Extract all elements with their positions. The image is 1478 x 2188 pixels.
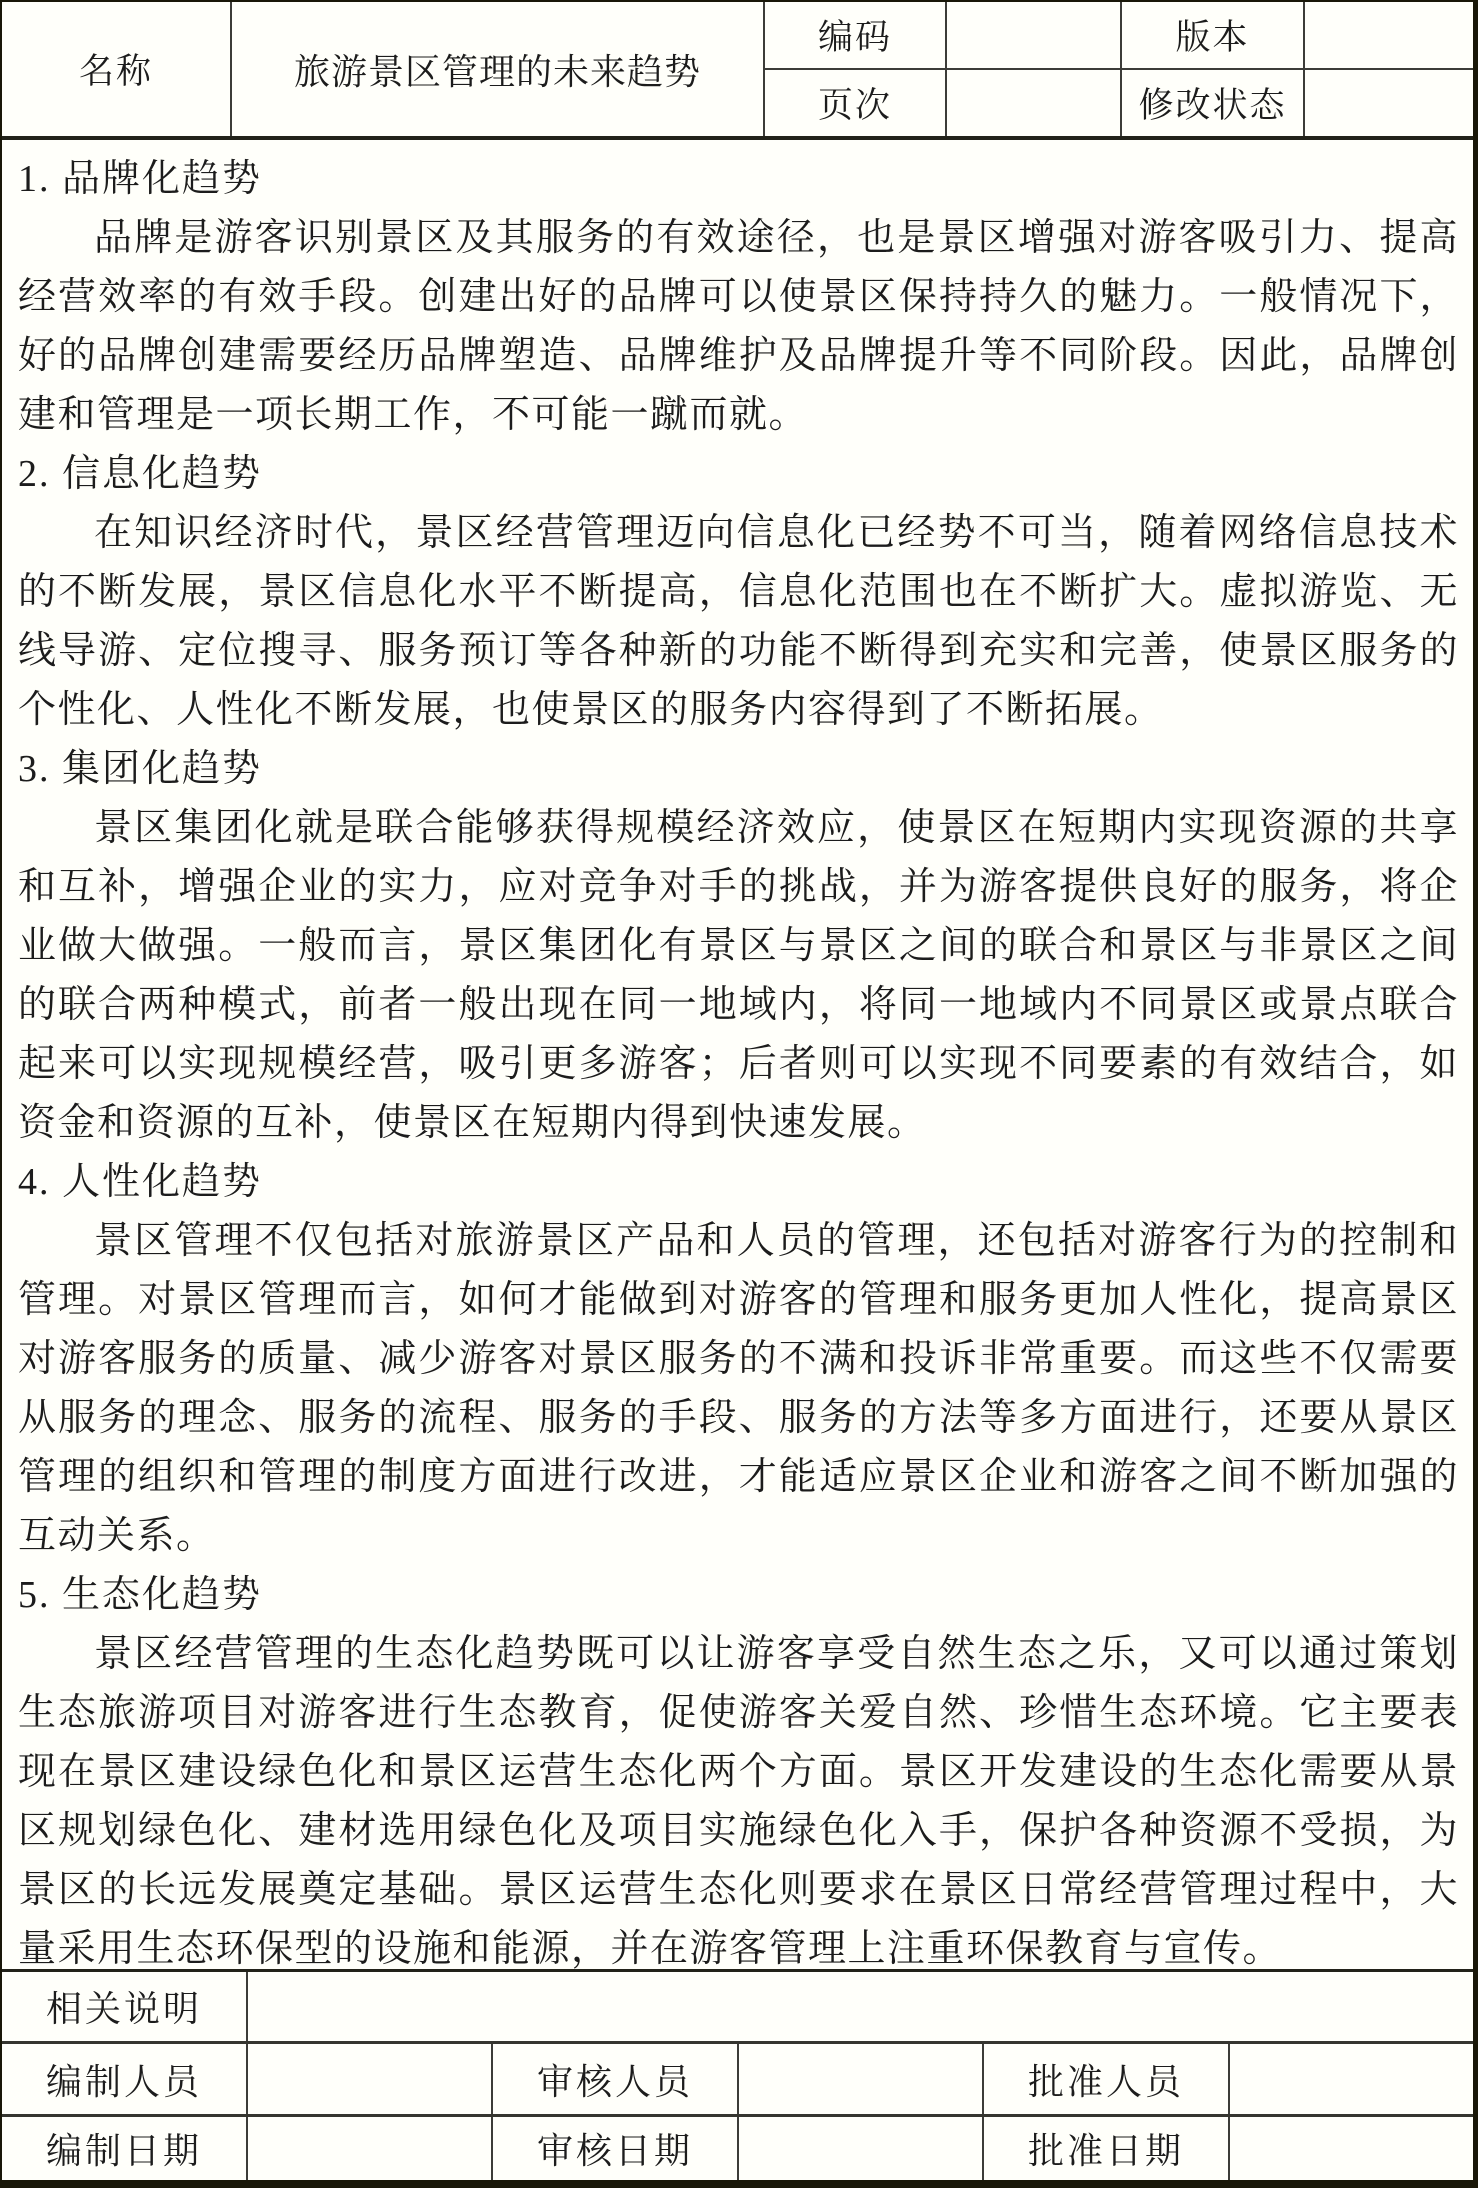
header-table: 名称 旅游景区管理的未来趋势 编码 版本 页次 修改状态 <box>2 2 1473 140</box>
section-ecologization: 5. 生态化趋势 景区经营管理的生态化趋势既可以让游客享受自然生态之乐，又可以通… <box>18 1566 1459 1969</box>
section-grouping: 3. 集团化趋势 景区集团化就是联合能够获得规模经济效应，使景区在短期内实现资源… <box>18 740 1459 1153</box>
dates-row: 编制日期 审核日期 批准日期 <box>2 2114 1473 2180</box>
related-notes-row: 相关说明 <box>2 1972 1473 2041</box>
revision-status-value-cell <box>1305 70 1473 136</box>
section-paragraph: 景区管理不仅包括对旅游景区产品和人员的管理，还包括对游客行为的控制和管理。对景区… <box>18 1212 1459 1566</box>
approver-label: 批准人员 <box>984 2044 1230 2114</box>
related-notes-value-cell <box>248 1972 1473 2041</box>
prepare-date-value-cell <box>248 2117 493 2180</box>
section-informatization: 2. 信息化趋势 在知识经济时代，景区经营管理迈向信息化已经势不可当，随着网络信… <box>18 445 1459 740</box>
section-heading: 2. 信息化趋势 <box>18 445 1459 504</box>
reviewer-label: 审核人员 <box>493 2044 739 2114</box>
name-label: 名称 <box>2 2 232 136</box>
section-heading: 3. 集团化趋势 <box>18 740 1459 799</box>
section-humanization: 4. 人性化趋势 景区管理不仅包括对旅游景区产品和人员的管理，还包括对游客行为的… <box>18 1153 1459 1566</box>
footer-table: 相关说明 编制人员 审核人员 批准人员 编制日期 审核日期 批准日期 <box>2 1969 1473 2180</box>
section-paragraph: 景区集团化就是联合能够获得规模经济效应，使景区在短期内实现资源的共享和互补，增强… <box>18 799 1459 1153</box>
page-number-value-cell <box>947 70 1122 136</box>
related-notes-label: 相关说明 <box>2 1972 248 2041</box>
review-date-label: 审核日期 <box>493 2117 739 2180</box>
version-label: 版本 <box>1122 2 1305 70</box>
approver-value-cell <box>1230 2044 1473 2114</box>
prepare-date-label: 编制日期 <box>2 2117 248 2180</box>
code-value-cell <box>947 2 1122 70</box>
preparer-value-cell <box>248 2044 493 2114</box>
version-value-cell <box>1305 2 1473 70</box>
approve-date-label: 批准日期 <box>984 2117 1230 2180</box>
section-heading: 4. 人性化趋势 <box>18 1153 1459 1212</box>
approve-date-value-cell <box>1230 2117 1473 2180</box>
section-paragraph: 景区经营管理的生态化趋势既可以让游客享受自然生态之乐，又可以通过策划生态旅游项目… <box>18 1625 1459 1969</box>
document-body: 1. 品牌化趋势 品牌是游客识别景区及其服务的有效途径，也是景区增强对游客吸引力… <box>2 140 1473 1969</box>
document-title: 旅游景区管理的未来趋势 <box>232 2 765 136</box>
reviewer-value-cell <box>739 2044 984 2114</box>
revision-status-label: 修改状态 <box>1122 70 1305 136</box>
personnel-row: 编制人员 审核人员 批准人员 <box>2 2041 1473 2114</box>
code-label: 编码 <box>765 2 947 70</box>
document-page: 名称 旅游景区管理的未来趋势 编码 版本 页次 修改状态 1. 品牌化趋势 品牌… <box>2 2 1473 2180</box>
preparer-label: 编制人员 <box>2 2044 248 2114</box>
section-heading: 1. 品牌化趋势 <box>18 150 1459 209</box>
scanned-document: { "header": { "name_label": "名称", "title… <box>0 0 1478 2188</box>
section-branding: 1. 品牌化趋势 品牌是游客识别景区及其服务的有效途径，也是景区增强对游客吸引力… <box>18 150 1459 445</box>
section-heading: 5. 生态化趋势 <box>18 1566 1459 1625</box>
section-paragraph: 品牌是游客识别景区及其服务的有效途径，也是景区增强对游客吸引力、提高经营效率的有… <box>18 209 1459 445</box>
page-number-label: 页次 <box>765 70 947 136</box>
section-paragraph: 在知识经济时代，景区经营管理迈向信息化已经势不可当，随着网络信息技术的不断发展，… <box>18 504 1459 740</box>
review-date-value-cell <box>739 2117 984 2180</box>
